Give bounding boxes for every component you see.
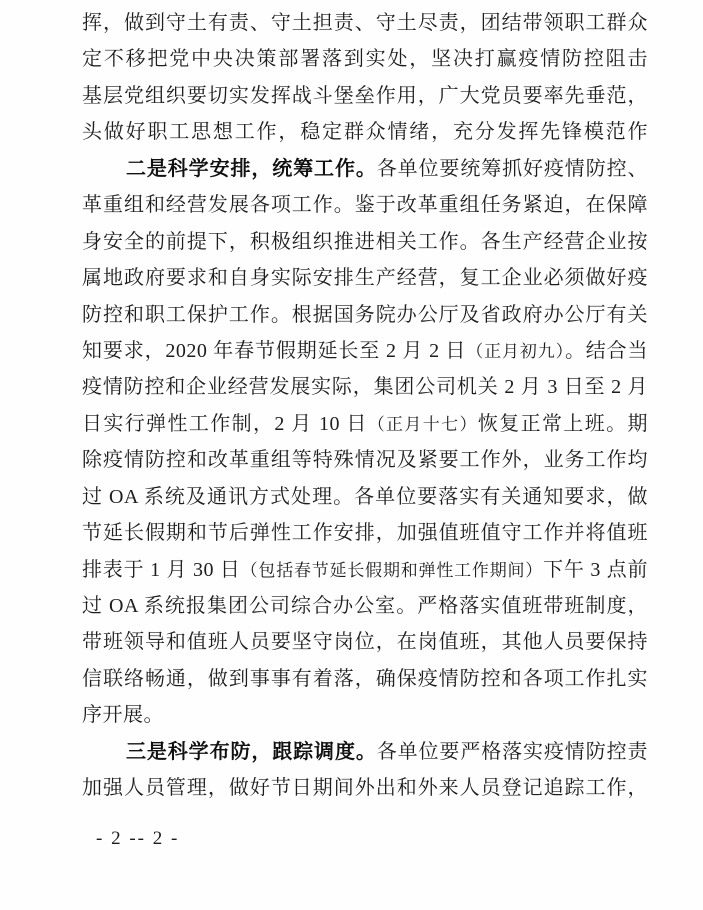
body-text: 除疫情防控和改革重组等特殊情况及紧要工作外，业务工作均通 [82, 449, 648, 478]
text-line: 挥，做到守土有责、守土担责、守土尽责，团结带领职工群众坚 [82, 5, 648, 41]
text-line: 带班领导和值班人员要坚守岗位，在岗值班，其他人员要保持通 [82, 624, 648, 660]
text-line: 身安全的前提下，积极组织推进相关工作。各生产经营企业按照 [82, 224, 648, 260]
text-line: 过 OA 系统报集团公司综合办公室。严格落实值班带班制度，各级 [82, 588, 648, 624]
body-text: 定不移把党中央决策部署落到实处，坚决打赢疫情防控阻击战。 [82, 48, 648, 77]
text-line: 加强人员管理，做好节日期间外出和外来人员登记追踪工作，采 [82, 770, 648, 806]
body-text: 革重组和经营发展各项工作。鉴于改革重组任务紧迫，在保障人 [82, 194, 648, 223]
text-line: 定不移把党中央决策部署落到实处，坚决打赢疫情防控阻击战。 [82, 41, 648, 77]
page-number: - 2 -- 2 - [96, 828, 179, 850]
text-line: 信联络畅通，做到事事有着落，确保疫情防控和各项工作扎实有 [82, 661, 648, 697]
body-text: 疫情防控和企业经营发展实际，集团公司机关 2 月 3 日至 2 月 7 [82, 376, 648, 405]
body-text: 排表于 1 月 30 日 [82, 559, 241, 581]
paragraph: 三是科学布防，跟踪调度。各单位要严格落实疫情防控责任，加强人员管理，做好节日期间… [82, 734, 648, 807]
annotation-text: （正月初九） [466, 342, 565, 361]
text-line: 序开展。 [82, 697, 648, 733]
text-line: 二是科学安排，统筹工作。各单位要统筹抓好疫情防控、改 [82, 151, 648, 187]
text-line: 属地政府要求和自身实际安排生产经营，复工企业必须做好疫情 [82, 260, 648, 296]
body-text: 带班领导和值班人员要坚守岗位，在岗值班，其他人员要保持通 [82, 631, 648, 660]
body-text: 防控和职工保护工作。根据国务院办公厅及省政府办公厅有关通 [82, 304, 648, 333]
text-line: 过 OA 系统及通讯方式处理。各单位要落实有关通知要求，做好春 [82, 479, 648, 515]
body-text: 知要求，2020 年春节假期延长至 2 月 2 日 [82, 340, 466, 362]
text-line: 排表于 1 月 30 日（包括春节延长假期和弹性工作期间）下午 3 点前通 [82, 552, 648, 588]
text-line: 日实行弹性工作制，2 月 10 日（正月十七）恢复正常上班。期间， [82, 406, 648, 442]
text-line: 节延长假期和节后弹性工作安排，加强值班值守工作并将值班安 [82, 515, 648, 551]
text-line: 头做好职工思想工作，稳定群众情绪，充分发挥先锋模范作用。 [82, 114, 648, 150]
annotation-text: （正月十七） [368, 415, 478, 434]
body-text: 基层党组织要切实发挥战斗堡垒作用，广大党员要率先垂范，带 [82, 85, 648, 114]
paragraph: 二是科学安排，统筹工作。各单位要统筹抓好疫情防控、改革重组和经营发展各项工作。鉴… [82, 151, 648, 734]
text-line: 疫情防控和企业经营发展实际，集团公司机关 2 月 3 日至 2 月 7 [82, 369, 648, 405]
heading-text: 二是科学安排，统筹工作。 [126, 158, 377, 180]
body-text: 序开展。 [82, 704, 164, 726]
body-text: 过 OA 系统及通讯方式处理。各单位要落实有关通知要求，做好春 [82, 486, 648, 515]
body-text: 信联络畅通，做到事事有着落，确保疫情防控和各项工作扎实有 [82, 668, 648, 697]
body-text: 身安全的前提下，积极组织推进相关工作。各生产经营企业按照 [82, 231, 648, 260]
text-line: 基层党组织要切实发挥战斗堡垒作用，广大党员要率先垂范，带 [82, 78, 648, 114]
annotation-text: （包括春节延长假期和弹性工作期间） [241, 561, 543, 580]
body-text: 过 OA 系统报集团公司综合办公室。严格落实值班带班制度，各级 [82, 595, 648, 624]
body-text: 日实行弹性工作制，2 月 10 日 [82, 413, 368, 435]
text-line: 知要求，2020 年春节假期延长至 2 月 2 日（正月初九）。结合当前 [82, 333, 648, 369]
text-line: 革重组和经营发展各项工作。鉴于改革重组任务紧迫，在保障人 [82, 187, 648, 223]
text-line: 除疫情防控和改革重组等特殊情况及紧要工作外，业务工作均通 [82, 442, 648, 478]
text-line: 防控和职工保护工作。根据国务院办公厅及省政府办公厅有关通 [82, 297, 648, 333]
body-text: 节延长假期和节后弹性工作安排，加强值班值守工作并将值班安 [82, 522, 648, 551]
document-page: 挥，做到守土有责、守土担责、守土尽责，团结带领职工群众坚定不移把党中央决策部署落… [0, 0, 703, 910]
paragraph: 挥，做到守土有责、守土担责、守土尽责，团结带领职工群众坚定不移把党中央决策部署落… [82, 5, 648, 151]
body-text: 属地政府要求和自身实际安排生产经营，复工企业必须做好疫情 [82, 267, 648, 296]
body-text: 头做好职工思想工作，稳定群众情绪，充分发挥先锋模范作用。 [82, 121, 648, 150]
body-text: 挥，做到守土有责、守土担责、守土尽责，团结带领职工群众坚 [82, 12, 648, 41]
document-body: 挥，做到守土有责、守土担责、守土尽责，团结带领职工群众坚定不移把党中央决策部署落… [82, 5, 648, 807]
text-line: 三是科学布防，跟踪调度。各单位要严格落实疫情防控责任， [82, 734, 648, 770]
body-text: 加强人员管理，做好节日期间外出和外来人员登记追踪工作，采 [82, 777, 648, 806]
heading-text: 三是科学布防，跟踪调度。 [126, 741, 377, 763]
